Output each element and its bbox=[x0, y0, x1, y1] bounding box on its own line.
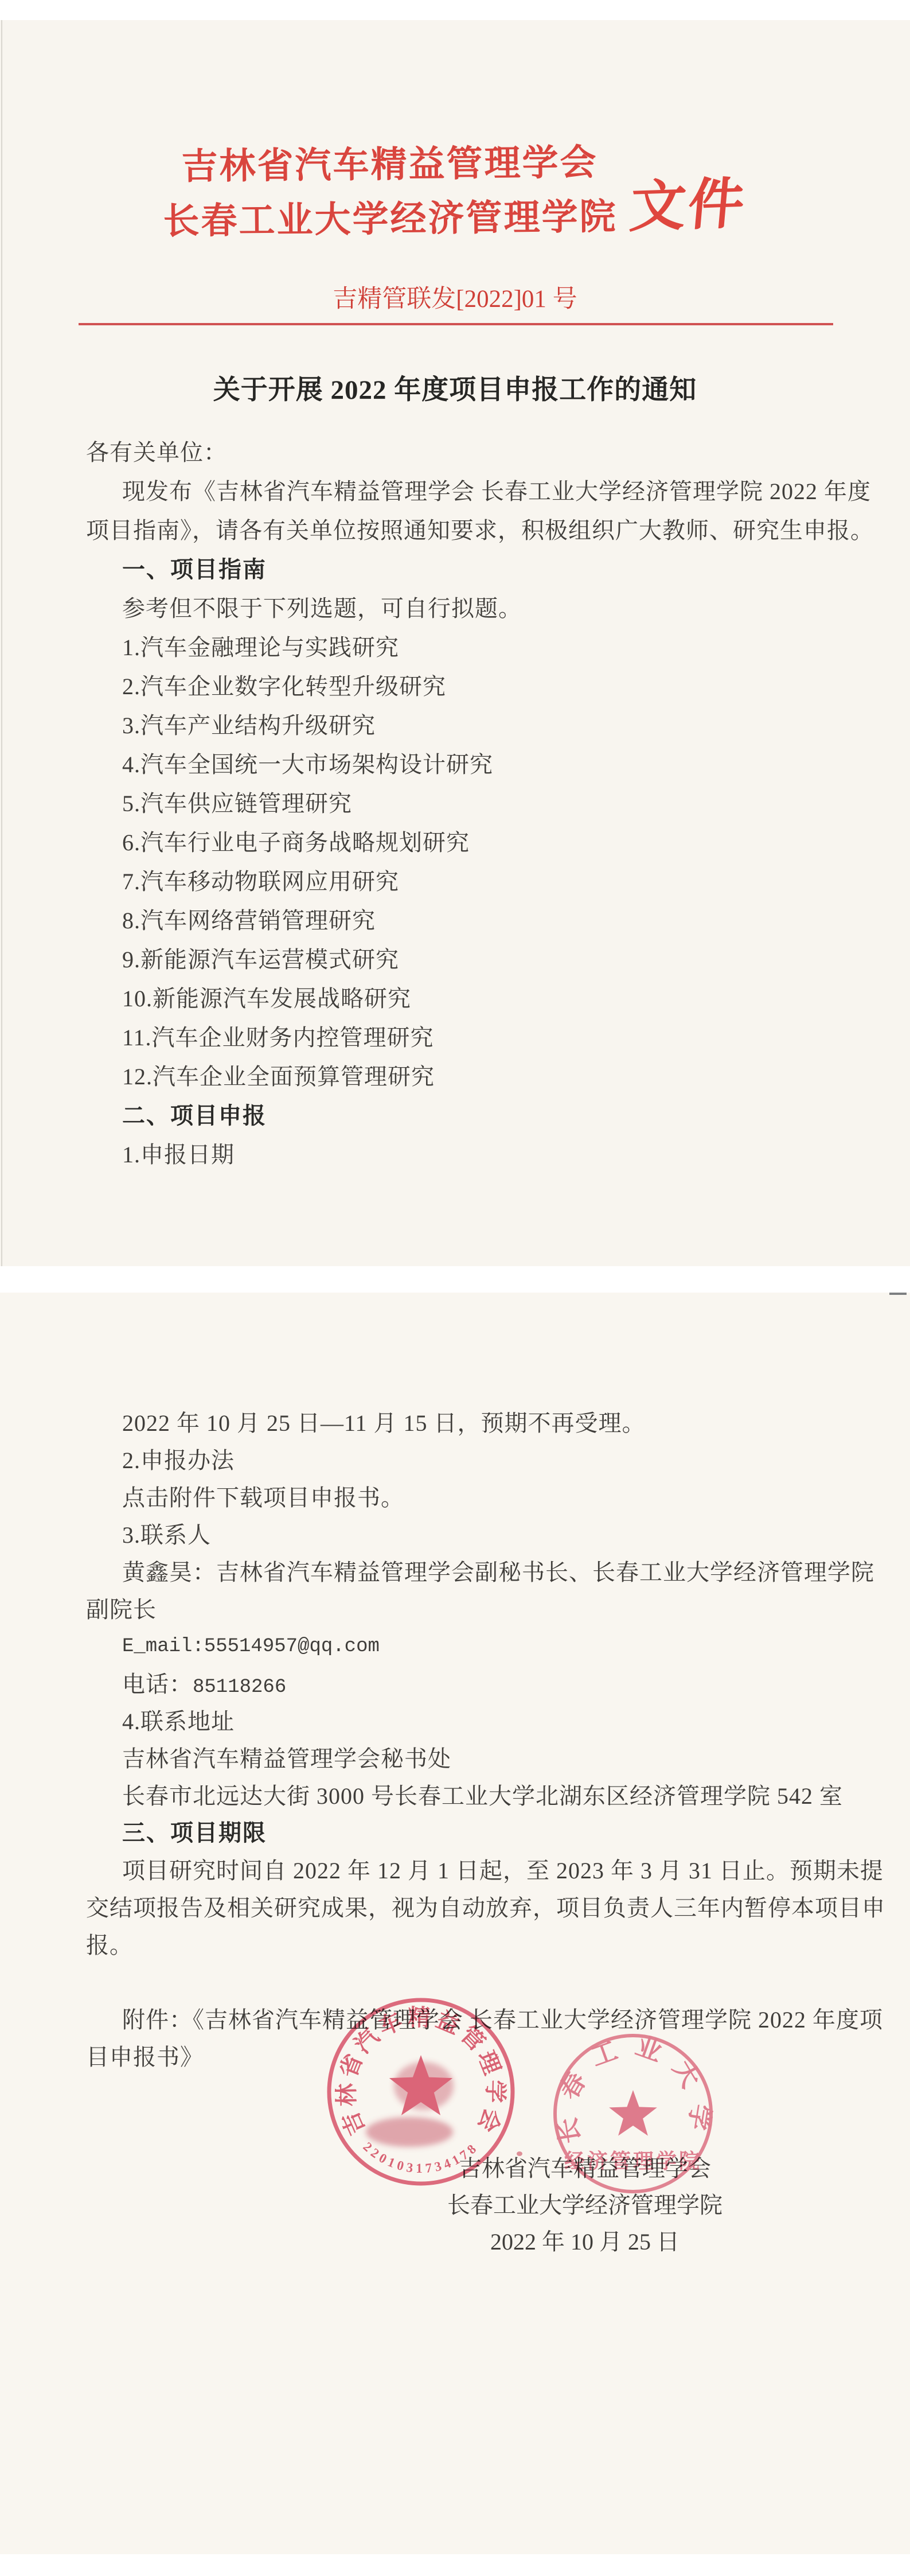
document-page-1: 吉林省汽车精益管理学会 长春工业大学经济管理学院 文件 吉精管联发[2022]0… bbox=[0, 20, 910, 1266]
document-line: 吉林省汽车精益管理学会秘书处 bbox=[86, 1740, 866, 1777]
document-line: 各有关单位： bbox=[86, 433, 866, 472]
red-header-rule bbox=[79, 323, 833, 325]
document-line: 项目指南》，请各有关单位按照通知要求，积极组织广大教师、研究生申报。 bbox=[86, 511, 866, 550]
document-line: 电话：85118266 bbox=[86, 1666, 866, 1703]
document-line: 现发布《吉林省汽车精益管理学会 长春工业大学经济管理学院 2022 年度 bbox=[86, 472, 866, 511]
document-line: 8.汽车网络营销管理研究 bbox=[86, 901, 866, 940]
document-line: 12.汽车企业全面预算管理研究 bbox=[86, 1057, 866, 1096]
letterhead: 吉林省汽车精益管理学会 长春工业大学经济管理学院 bbox=[137, 135, 643, 249]
document-type-mark: 文件 bbox=[627, 158, 750, 243]
document-line: 2.申报办法 bbox=[86, 1442, 866, 1479]
page2-body: 2022 年 10 月 25 日—11 月 15 日，预期不再受理。2.申报办法… bbox=[86, 1404, 866, 2076]
document-line: 交结项报告及相关研究成果，视为自动放弃，项目负责人三年内暂停本项目申 bbox=[86, 1889, 866, 1927]
stray-ink-dot bbox=[517, 2151, 522, 2156]
document-line: 1.汽车金融理论与实践研究 bbox=[86, 628, 866, 667]
document-line: 副院长 bbox=[86, 1591, 866, 1628]
document-line: 2022 年 10 月 25 日—11 月 15 日，预期不再受理。 bbox=[86, 1404, 866, 1442]
letterhead-org-line2: 长春工业大学经济管理学院 bbox=[138, 189, 643, 249]
document-line: 三、项目期限 bbox=[86, 1815, 866, 1852]
document-line: 项目研究时间自 2022 年 12 月 1 日起，至 2023 年 3 月 31… bbox=[86, 1852, 866, 1889]
document-number: 吉精管联发[2022]01 号 bbox=[0, 279, 910, 314]
document-line-part: 电话： bbox=[122, 1671, 193, 1697]
document-line-part: 85118266 bbox=[193, 1676, 286, 1698]
letterhead-org-line1: 吉林省汽车精益管理学会 bbox=[137, 135, 642, 194]
document-line: 点击附件下载项目申报书。 bbox=[86, 1479, 866, 1516]
notice-title: 关于开展 2022 年度项目申报工作的通知 bbox=[0, 368, 910, 407]
document-line: 4.联系地址 bbox=[86, 1703, 866, 1740]
page-edge-shadow bbox=[1, 20, 2, 1266]
document-line: 一、项目指南 bbox=[86, 550, 866, 589]
document-line: 6.汽车行业电子商务战略规划研究 bbox=[86, 823, 866, 862]
official-seal-association: 吉林省汽车精益管理学会 2201031734178 bbox=[321, 1992, 521, 2192]
document-line: 9.新能源汽车运营模式研究 bbox=[86, 940, 866, 979]
document-line: 报。 bbox=[86, 1927, 866, 1964]
document-line: 10.新能源汽车发展战略研究 bbox=[86, 979, 866, 1018]
document-line: 11.汽车企业财务内控管理研究 bbox=[86, 1018, 866, 1057]
seal-sub-text: 经济管理学院 bbox=[564, 2150, 702, 2173]
document-line: E_mail:55514957@qq.com bbox=[86, 1628, 866, 1666]
document-line: 3.汽车产业结构升级研究 bbox=[86, 706, 866, 745]
document-line: 参考但不限于下列选题，可自行拟题。 bbox=[86, 589, 866, 628]
document-page-2: 2022 年 10 月 25 日—11 月 15 日，预期不再受理。2.申报办法… bbox=[0, 1293, 910, 2554]
scan-artifact-tick bbox=[889, 1293, 907, 1295]
seal-arc-text: 长春工业大学 bbox=[550, 2032, 715, 2146]
official-seal-college: 长春工业大学 经济管理学院 bbox=[550, 2030, 716, 2197]
scanned-document: 吉林省汽车精益管理学会 长春工业大学经济管理学院 文件 吉精管联发[2022]0… bbox=[0, 0, 910, 2576]
page1-body: 各有关单位：现发布《吉林省汽车精益管理学会 长春工业大学经济管理学院 2022 … bbox=[86, 433, 866, 1174]
document-line: 黄鑫昊：吉林省汽车精益管理学会副秘书长、长春工业大学经济管理学院 bbox=[86, 1554, 866, 1591]
document-line: 4.汽车全国统一大市场架构设计研究 bbox=[86, 745, 866, 784]
document-line: 7.汽车移动物联网应用研究 bbox=[86, 862, 866, 901]
document-line: 二、项目申报 bbox=[86, 1096, 866, 1135]
signature-date: 2022 年 10 月 25 日 bbox=[401, 2224, 768, 2260]
seal-ink-smudge bbox=[366, 2117, 453, 2147]
document-line: 3.联系人 bbox=[86, 1516, 866, 1554]
document-line: 1.申报日期 bbox=[86, 1135, 866, 1174]
document-line: 5.汽车供应链管理研究 bbox=[86, 784, 866, 823]
document-line: 2.汽车企业数字化转型升级研究 bbox=[86, 667, 866, 706]
seal-star-icon bbox=[609, 2090, 657, 2136]
document-line: 长春市北远达大街 3000 号长春工业大学北湖东区经济管理学院 542 室 bbox=[86, 1777, 866, 1815]
